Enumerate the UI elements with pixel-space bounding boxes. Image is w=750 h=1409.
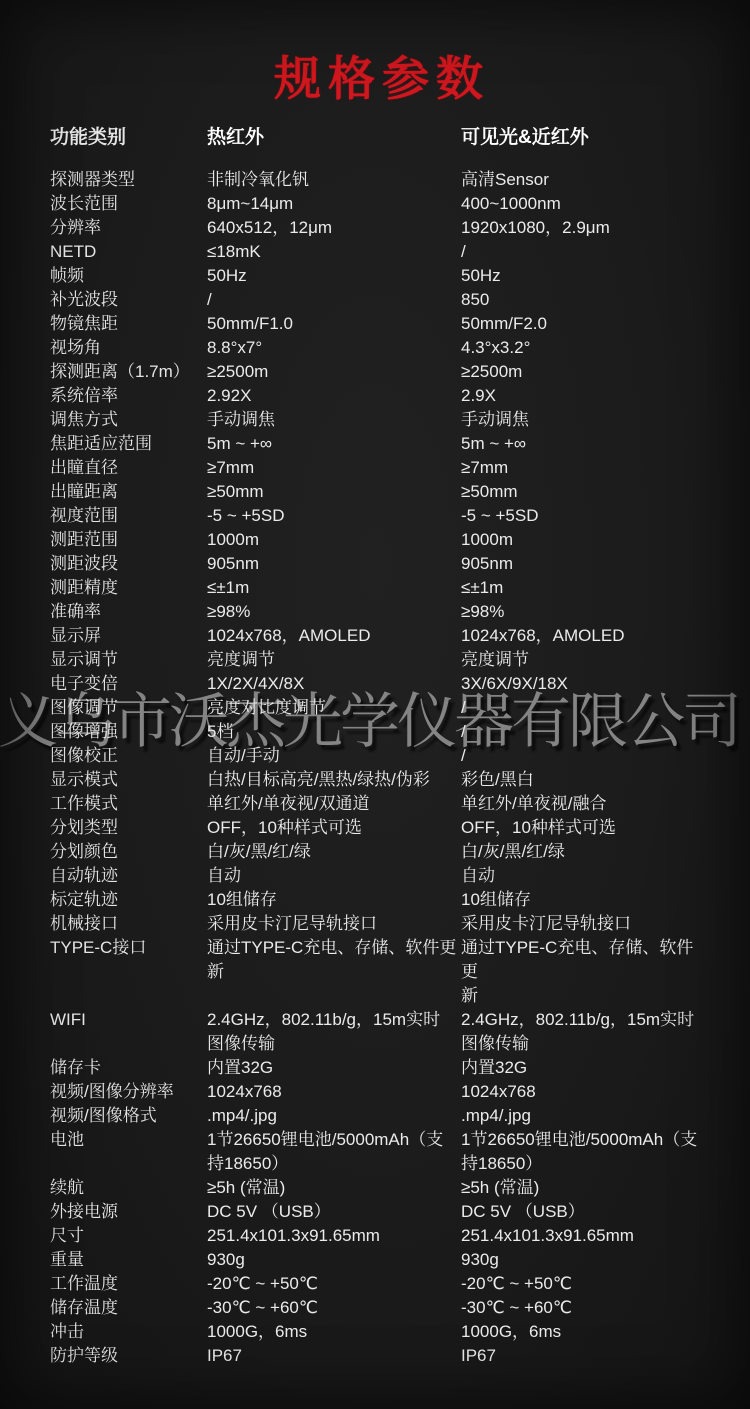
- spec-value-thermal: /: [207, 288, 461, 312]
- table-row: TYPE-C接口通过TYPE-C充电、存储、软件更 新通过TYPE-C充电、存储…: [50, 936, 710, 1008]
- spec-value-visible-nir: 1024x768: [461, 1080, 710, 1104]
- spec-value-visible-nir: ≤±1m: [461, 576, 710, 600]
- spec-value-visible-nir: /: [461, 720, 710, 744]
- spec-value-thermal: -5 ~ +5SD: [207, 504, 461, 528]
- spec-value-thermal: ≥7mm: [207, 456, 461, 480]
- spec-value-thermal: 5档: [207, 720, 461, 744]
- spec-value-visible-nir: /: [461, 696, 710, 720]
- spec-value-visible-nir: 4.3°x3.2°: [461, 336, 710, 360]
- spec-label: 尺寸: [50, 1224, 207, 1248]
- spec-value-thermal: 1000m: [207, 528, 461, 552]
- spec-label: 电池: [50, 1128, 207, 1176]
- spec-label: 视场角: [50, 336, 207, 360]
- table-row: 储存卡内置32G内置32G: [50, 1056, 710, 1080]
- spec-value-visible-nir: /: [461, 744, 710, 768]
- table-row: 工作模式单红外/单夜视/双通道单红外/单夜视/融合: [50, 792, 710, 816]
- table-row: 调焦方式手动调焦手动调焦: [50, 408, 710, 432]
- spec-label: 防护等级: [50, 1344, 207, 1368]
- table-row: 外接电源DC 5V （USB）DC 5V （USB）: [50, 1200, 710, 1224]
- spec-label: 工作模式: [50, 792, 207, 816]
- column-header-visible-nir: 可见光&近红外: [461, 126, 710, 150]
- spec-value-thermal: 1节26650锂电池/5000mAh（支 持18650）: [207, 1128, 461, 1176]
- table-row: 焦距适应范围5m ~ +∞5m ~ +∞: [50, 432, 710, 456]
- spec-value-thermal: 1X/2X/4X/8X: [207, 672, 461, 696]
- table-row: 图像调节亮度对比度调节/: [50, 696, 710, 720]
- table-row: 出瞳直径≥7mm≥7mm: [50, 456, 710, 480]
- table-row: 尺寸251.4x101.3x91.65mm251.4x101.3x91.65mm: [50, 1224, 710, 1248]
- spec-value-thermal: 内置32G: [207, 1056, 461, 1080]
- spec-label: 出瞳直径: [50, 456, 207, 480]
- spec-label: 帧频: [50, 264, 207, 288]
- table-row: 物镜焦距50mm/F1.050mm/F2.0: [50, 312, 710, 336]
- spec-value-thermal: ≥50mm: [207, 480, 461, 504]
- spec-label: 图像调节: [50, 696, 207, 720]
- table-row: 视频/图像格式.mp4/.jpg.mp4/.jpg: [50, 1104, 710, 1128]
- column-header-thermal: 热红外: [207, 126, 461, 150]
- spec-value-thermal: 8μm~14μm: [207, 192, 461, 216]
- spec-value-thermal: -20℃ ~ +50℃: [207, 1272, 461, 1296]
- spec-value-visible-nir: OFF，10种样式可选: [461, 816, 710, 840]
- spec-value-visible-nir: -20℃ ~ +50℃: [461, 1272, 710, 1296]
- spec-label: 视度范围: [50, 504, 207, 528]
- table-row: 显示调节亮度调节亮度调节: [50, 648, 710, 672]
- spec-value-visible-nir: 彩色/黑白: [461, 768, 710, 792]
- spec-value-visible-nir: 手动调焦: [461, 408, 710, 432]
- table-row: 帧频50Hz50Hz: [50, 264, 710, 288]
- table-row: 分划类型OFF，10种样式可选OFF，10种样式可选: [50, 816, 710, 840]
- spec-value-visible-nir: DC 5V （USB）: [461, 1200, 710, 1224]
- spec-value-visible-nir: 930g: [461, 1248, 710, 1272]
- spec-label: 分划类型: [50, 816, 207, 840]
- spec-label: NETD: [50, 240, 207, 264]
- spec-value-visible-nir: 251.4x101.3x91.65mm: [461, 1224, 710, 1248]
- spec-value-visible-nir: 905nm: [461, 552, 710, 576]
- spec-label: 调焦方式: [50, 408, 207, 432]
- spec-label: 物镜焦距: [50, 312, 207, 336]
- spec-value-thermal: ≥2500m: [207, 360, 461, 384]
- table-row: 探测器类型非制冷氧化钒高清Sensor: [50, 168, 710, 192]
- spec-value-visible-nir: 1节26650锂电池/5000mAh（支 持18650）: [461, 1128, 710, 1176]
- spec-value-thermal: IP67: [207, 1344, 461, 1368]
- spec-value-visible-nir: /: [461, 240, 710, 264]
- spec-value-visible-nir: ≥50mm: [461, 480, 710, 504]
- table-row: 测距精度≤±1m≤±1m: [50, 576, 710, 600]
- spec-value-thermal: 手动调焦: [207, 408, 461, 432]
- spec-value-thermal: 1000G，6ms: [207, 1320, 461, 1344]
- spec-value-thermal: -30℃ ~ +60℃: [207, 1296, 461, 1320]
- spec-value-thermal: OFF，10种样式可选: [207, 816, 461, 840]
- table-row: 出瞳距离≥50mm≥50mm: [50, 480, 710, 504]
- spec-label: 测距精度: [50, 576, 207, 600]
- spec-value-visible-nir: 白/灰/黑/红/绿: [461, 840, 710, 864]
- spec-label: 波长范围: [50, 192, 207, 216]
- spec-label: 储存卡: [50, 1056, 207, 1080]
- spec-label: 分辨率: [50, 216, 207, 240]
- spec-label: 重量: [50, 1248, 207, 1272]
- spec-label: 视频/图像格式: [50, 1104, 207, 1128]
- spec-label: 显示调节: [50, 648, 207, 672]
- page-title: 规格参数: [0, 42, 750, 109]
- table-row: 分划颜色白/灰/黑/红/绿白/灰/黑/红/绿: [50, 840, 710, 864]
- spec-value-thermal: 自动: [207, 864, 461, 888]
- spec-label: 准确率: [50, 600, 207, 624]
- spec-value-thermal: 采用皮卡汀尼导轨接口: [207, 912, 461, 936]
- spec-value-thermal: 亮度对比度调节: [207, 696, 461, 720]
- spec-value-thermal: 8.8°x7°: [207, 336, 461, 360]
- table-row: NETD≤18mK/: [50, 240, 710, 264]
- table-row: WIFI2.4GHz，802.11b/g，15m实时 图像传输2.4GHz，80…: [50, 1008, 710, 1056]
- spec-value-thermal: 非制冷氧化钒: [207, 168, 461, 192]
- spec-value-thermal: 50Hz: [207, 264, 461, 288]
- table-row: 重量930g930g: [50, 1248, 710, 1272]
- table-row: 标定轨迹10组储存10组储存: [50, 888, 710, 912]
- spec-value-thermal: 白热/目标高亮/黑热/绿热/伪彩: [207, 768, 461, 792]
- spec-label: 工作温度: [50, 1272, 207, 1296]
- spec-value-thermal: 1024x768: [207, 1080, 461, 1104]
- spec-value-visible-nir: 3X/6X/9X/18X: [461, 672, 710, 696]
- spec-label: 焦距适应范围: [50, 432, 207, 456]
- spec-label: 显示模式: [50, 768, 207, 792]
- spec-value-visible-nir: 1920x1080，2.9μm: [461, 216, 710, 240]
- spec-value-thermal: 10组储存: [207, 888, 461, 912]
- table-row: 显示模式白热/目标高亮/黑热/绿热/伪彩彩色/黑白: [50, 768, 710, 792]
- spec-value-visible-nir: ≥98%: [461, 600, 710, 624]
- spec-value-thermal: ≤±1m: [207, 576, 461, 600]
- spec-value-thermal: ≥98%: [207, 600, 461, 624]
- spec-value-visible-nir: -30℃ ~ +60℃: [461, 1296, 710, 1320]
- table-row: 冲击1000G，6ms1000G，6ms: [50, 1320, 710, 1344]
- spec-label: 自动轨迹: [50, 864, 207, 888]
- spec-label: TYPE-C接口: [50, 936, 207, 1008]
- spec-value-thermal: 640x512，12μm: [207, 216, 461, 240]
- spec-value-thermal: 50mm/F1.0: [207, 312, 461, 336]
- spec-value-visible-nir: 1000G，6ms: [461, 1320, 710, 1344]
- spec-value-visible-nir: 2.9X: [461, 384, 710, 408]
- table-row: 波长范围8μm~14μm400~1000nm: [50, 192, 710, 216]
- spec-value-thermal: 自动/手动: [207, 744, 461, 768]
- spec-value-visible-nir: 400~1000nm: [461, 192, 710, 216]
- spec-value-visible-nir: 自动: [461, 864, 710, 888]
- column-header-category: 功能类别: [50, 126, 207, 150]
- table-row: 系统倍率2.92X2.9X: [50, 384, 710, 408]
- table-row: 自动轨迹自动自动: [50, 864, 710, 888]
- spec-label: 分划颜色: [50, 840, 207, 864]
- spec-value-visible-nir: 1024x768，AMOLED: [461, 624, 710, 648]
- spec-value-visible-nir: 内置32G: [461, 1056, 710, 1080]
- table-row: 电子变倍1X/2X/4X/8X3X/6X/9X/18X: [50, 672, 710, 696]
- spec-value-thermal: 通过TYPE-C充电、存储、软件更 新: [207, 936, 461, 1008]
- spec-value-thermal: .mp4/.jpg: [207, 1104, 461, 1128]
- table-row: 分辨率640x512，12μm1920x1080，2.9μm: [50, 216, 710, 240]
- spec-value-thermal: 1024x768，AMOLED: [207, 624, 461, 648]
- spec-label: 系统倍率: [50, 384, 207, 408]
- spec-value-visible-nir: -5 ~ +5SD: [461, 504, 710, 528]
- spec-label: 机械接口: [50, 912, 207, 936]
- spec-value-visible-nir: .mp4/.jpg: [461, 1104, 710, 1128]
- spec-value-visible-nir: 5m ~ +∞: [461, 432, 710, 456]
- spec-label: 探测器类型: [50, 168, 207, 192]
- spec-value-thermal: 251.4x101.3x91.65mm: [207, 1224, 461, 1248]
- spec-value-visible-nir: 850: [461, 288, 710, 312]
- spec-label: 冲击: [50, 1320, 207, 1344]
- table-row: 续航≥5h (常温)≥5h (常温): [50, 1176, 710, 1200]
- spec-label: 出瞳距离: [50, 480, 207, 504]
- spec-label: 储存温度: [50, 1296, 207, 1320]
- spec-value-visible-nir: IP67: [461, 1344, 710, 1368]
- spec-label: 测距范围: [50, 528, 207, 552]
- spec-label: 续航: [50, 1176, 207, 1200]
- spec-label: 显示屏: [50, 624, 207, 648]
- table-row: 图像校正自动/手动/: [50, 744, 710, 768]
- table-header-row: 功能类别 热红外 可见光&近红外: [50, 126, 710, 150]
- spec-value-visible-nir: 10组储存: [461, 888, 710, 912]
- spec-value-visible-nir: 2.4GHz，802.11b/g，15m实时 图像传输: [461, 1008, 710, 1056]
- table-row: 显示屏1024x768，AMOLED1024x768，AMOLED: [50, 624, 710, 648]
- table-row: 视度范围-5 ~ +5SD-5 ~ +5SD: [50, 504, 710, 528]
- spec-value-thermal: 5m ~ +∞: [207, 432, 461, 456]
- spec-label: 测距波段: [50, 552, 207, 576]
- spec-value-thermal: 2.92X: [207, 384, 461, 408]
- spec-label: 探测距离（1.7m）: [50, 360, 207, 384]
- spec-value-thermal: 亮度调节: [207, 648, 461, 672]
- spec-label: 外接电源: [50, 1200, 207, 1224]
- spec-value-visible-nir: 通过TYPE-C充电、存储、软件更 新: [461, 936, 710, 1008]
- spec-value-thermal: DC 5V （USB）: [207, 1200, 461, 1224]
- spec-label: WIFI: [50, 1008, 207, 1056]
- table-row: 视频/图像分辨率1024x7681024x768: [50, 1080, 710, 1104]
- spec-value-visible-nir: 1000m: [461, 528, 710, 552]
- spec-label: 补光波段: [50, 288, 207, 312]
- spec-label: 图像增强: [50, 720, 207, 744]
- spec-value-thermal: 930g: [207, 1248, 461, 1272]
- table-row: 储存温度-30℃ ~ +60℃-30℃ ~ +60℃: [50, 1296, 710, 1320]
- spec-value-visible-nir: 单红外/单夜视/融合: [461, 792, 710, 816]
- spec-label: 图像校正: [50, 744, 207, 768]
- spec-table-body: 探测器类型非制冷氧化钒高清Sensor波长范围8μm~14μm400~1000n…: [50, 168, 710, 1368]
- spec-table: 功能类别 热红外 可见光&近红外 探测器类型非制冷氧化钒高清Sensor波长范围…: [50, 126, 710, 1368]
- table-row: 机械接口采用皮卡汀尼导轨接口采用皮卡汀尼导轨接口: [50, 912, 710, 936]
- table-row: 电池1节26650锂电池/5000mAh（支 持18650）1节26650锂电池…: [50, 1128, 710, 1176]
- spec-value-visible-nir: 50Hz: [461, 264, 710, 288]
- spec-value-thermal: 单红外/单夜视/双通道: [207, 792, 461, 816]
- table-row: 测距波段905nm905nm: [50, 552, 710, 576]
- spec-label: 视频/图像分辨率: [50, 1080, 207, 1104]
- spec-value-thermal: ≤18mK: [207, 240, 461, 264]
- table-row: 视场角8.8°x7°4.3°x3.2°: [50, 336, 710, 360]
- table-row: 探测距离（1.7m）≥2500m≥2500m: [50, 360, 710, 384]
- table-row: 工作温度-20℃ ~ +50℃-20℃ ~ +50℃: [50, 1272, 710, 1296]
- spec-value-visible-nir: 高清Sensor: [461, 168, 710, 192]
- spec-value-visible-nir: 50mm/F2.0: [461, 312, 710, 336]
- spec-value-thermal: 白/灰/黑/红/绿: [207, 840, 461, 864]
- spec-value-visible-nir: ≥2500m: [461, 360, 710, 384]
- table-row: 图像增强5档/: [50, 720, 710, 744]
- spec-value-visible-nir: ≥5h (常温): [461, 1176, 710, 1200]
- spec-sheet-page: 规格参数 义乌市沃杰光学仪器有限公司 功能类别 热红外 可见光&近红外 探测器类…: [0, 0, 750, 1409]
- spec-value-thermal: ≥5h (常温): [207, 1176, 461, 1200]
- spec-value-thermal: 2.4GHz，802.11b/g，15m实时 图像传输: [207, 1008, 461, 1056]
- spec-value-visible-nir: 采用皮卡汀尼导轨接口: [461, 912, 710, 936]
- spec-value-visible-nir: 亮度调节: [461, 648, 710, 672]
- spec-label: 电子变倍: [50, 672, 207, 696]
- spec-label: 标定轨迹: [50, 888, 207, 912]
- table-row: 准确率≥98%≥98%: [50, 600, 710, 624]
- table-row: 补光波段/850: [50, 288, 710, 312]
- table-row: 防护等级IP67IP67: [50, 1344, 710, 1368]
- table-row: 测距范围1000m1000m: [50, 528, 710, 552]
- spec-value-visible-nir: ≥7mm: [461, 456, 710, 480]
- spec-value-thermal: 905nm: [207, 552, 461, 576]
